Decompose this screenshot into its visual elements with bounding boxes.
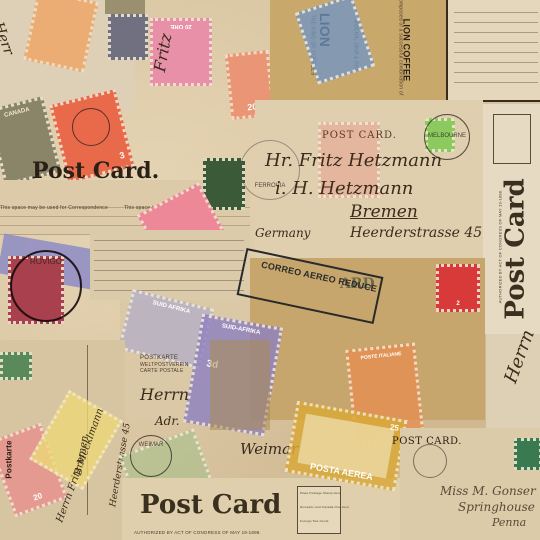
germany-grey-stamp [108, 14, 148, 60]
stamp-box-bottom: Place Postage Stamp Here Domestic and Ca… [297, 486, 341, 534]
handwritten-right-strip: Herrn [486, 334, 540, 428]
brown-overlay [210, 340, 270, 430]
post-card-bottom-authorized: AUTHORIZED BY ACT OF CONGRESS OF MAY 19-… [134, 530, 261, 535]
postcard-collage: Herr 20 ORE Fritz 20 LION LION COFFEE is… [0, 0, 540, 540]
bottom-right-address-3: Penna [492, 516, 526, 529]
letter-text [454, 4, 538, 88]
post-card-vertical-title: Post Card [501, 178, 531, 319]
post-card-center-title: POST CARD. [322, 130, 397, 141]
green-small-stamp [0, 352, 32, 380]
address-line-2: i. H. Hetzmann [275, 178, 413, 199]
address-line-3: Bremen [350, 202, 418, 222]
handwritten-card-left [90, 230, 250, 300]
cartolina-line-3: CARTE POSTALE [140, 368, 184, 374]
post-card-vertical: Post Card AUTHORIZED BY ACT OF CONGRESS … [483, 104, 540, 334]
poskarte-label: Postkarte [5, 440, 14, 478]
cartolina-line-1: POSTKARTE [140, 355, 178, 361]
weimar-postmark: WEIMAR [130, 435, 172, 477]
rovigo-postmark: ROVIGO [10, 250, 82, 322]
post-card-left-title: Post Card. [32, 158, 159, 184]
grey-card-strip [105, 0, 145, 14]
bottom-right-address-2: Springhouse [458, 500, 535, 514]
bottom-right-address-1: Miss M. Gonser [440, 484, 536, 498]
post-card-vertical-authorized: AUTHORIZED BY ACT OF CONGRESS OF MAY 19-… [497, 190, 502, 304]
address-line-4: Heerderstrasse 45. [350, 225, 487, 241]
handwriting-block [94, 234, 244, 296]
postmark-bottom [413, 444, 447, 478]
us-red-stamp: 2 [436, 264, 480, 312]
advert-line-1: is composed of a successful combination … [397, 0, 403, 95]
post-card-left-note-left: This space may be used for Correspondenc… [0, 205, 108, 211]
address-country: Germany [255, 226, 310, 240]
address-line-1: Hr. Fritz Hetzmann [265, 150, 442, 171]
us-green-right-stamp [514, 438, 540, 470]
handwritten-letter [446, 0, 540, 102]
stamp-box-vertical [493, 114, 531, 164]
post-card-bottom-title: Post Card [140, 490, 281, 520]
script-right: Herrn [500, 327, 539, 386]
postmark-canada [72, 108, 110, 146]
cartolina-greeting: Herrn [140, 385, 189, 404]
cartolina-addressee: Adr. [155, 414, 180, 428]
